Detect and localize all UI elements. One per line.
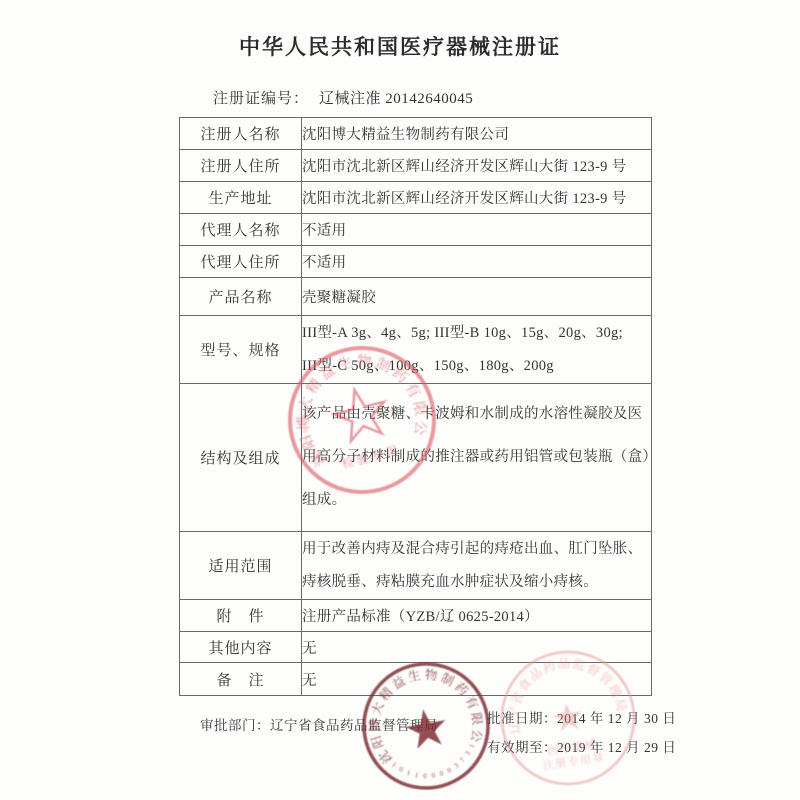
- table-row: 注册人住所沈阳市沈北新区辉山经济开发区辉山大街 123-9 号: [180, 150, 652, 182]
- row-value: 不适用: [302, 246, 652, 278]
- row-value: 注册产品标准（YZB/辽 0625-2014）: [302, 600, 652, 632]
- table-row: 注册人名称沈阳博大精益生物制药有限公司: [180, 118, 652, 150]
- row-value-line: 注册产品标准（YZB/辽 0625-2014）: [302, 605, 651, 626]
- row-label: 注册人名称: [180, 118, 302, 150]
- table-row: 附 件注册产品标准（YZB/辽 0625-2014）: [180, 600, 652, 632]
- row-value-line: III型-A 3g、4g、5g; III型-B 10g、15g、20g、30g;: [302, 317, 651, 350]
- row-value-line: 不适用: [302, 219, 651, 240]
- row-value-line: 不适用: [302, 251, 651, 272]
- row-value: III型-A 3g、4g、5g; III型-B 10g、15g、20g、30g;…: [302, 316, 652, 384]
- row-label: 附 件: [180, 600, 302, 632]
- registration-number-value: 辽械注准 20142640045: [319, 91, 473, 107]
- row-value: 无: [302, 632, 652, 663]
- row-value-line: 无: [302, 669, 651, 690]
- row-value: 沈阳市沈北新区辉山经济开发区辉山大街 123-9 号: [302, 150, 652, 182]
- row-value-line: 壳聚糖凝胶: [302, 286, 651, 307]
- row-label: 代理人名称: [180, 214, 302, 246]
- row-value-line: III型-C 50g、100g、150g、180g、200g: [302, 350, 651, 383]
- row-value-line: 沈阳博大精益生物制药有限公司: [302, 123, 651, 144]
- approve-date-label: 批准日期：: [487, 711, 557, 726]
- approval-department-label: 审批部门：: [200, 718, 270, 733]
- table-row: 代理人名称不适用: [180, 214, 652, 246]
- row-label: 型号、规格: [180, 316, 302, 384]
- row-label: 生产地址: [180, 182, 302, 214]
- certificate-title: 中华人民共和国医疗器械注册证: [0, 31, 800, 61]
- row-value: 沈阳市沈北新区辉山经济开发区辉山大街 123-9 号: [302, 182, 652, 214]
- table-row: 其他内容无: [180, 632, 652, 663]
- row-label: 其他内容: [180, 632, 302, 663]
- registration-number-label: 注册证编号：: [213, 91, 309, 107]
- row-value: 不适用: [302, 214, 652, 246]
- row-value-line: 痔核脱垂、痔粘膜充血水肿症状及缩小痔核。: [302, 566, 651, 599]
- certificate-page: 中华人民共和国医疗器械注册证 注册证编号：辽械注准 20142640045 注册…: [0, 0, 800, 800]
- row-value: 壳聚糖凝胶: [302, 278, 652, 316]
- row-value-line: 用于改善内痔及混合痔引起的痔疮出血、肛门坠胀、: [302, 533, 651, 566]
- row-label: 结构及组成: [180, 384, 302, 532]
- certificate-table: 注册人名称沈阳博大精益生物制药有限公司注册人住所沈阳市沈北新区辉山经济开发区辉山…: [179, 117, 652, 696]
- row-value: 该产品由壳聚糖、卡波姆和水制成的水溶性凝胶及医用高分子材料制成的推注器或药用铝管…: [302, 384, 652, 532]
- row-value-line: 用高分子材料制成的推注器或药用铝管或包装瓶（盒）: [302, 436, 651, 479]
- table-row: 生产地址沈阳市沈北新区辉山经济开发区辉山大街 123-9 号: [180, 182, 652, 214]
- table-row: 备 注无: [180, 663, 652, 696]
- valid-until-value: 2019 年 12 月 29 日: [557, 740, 676, 755]
- table-row: 适用范围用于改善内痔及混合痔引起的痔疮出血、肛门坠胀、痔核脱垂、痔粘膜充血水肿症…: [180, 532, 652, 600]
- row-value-line: 沈阳市沈北新区辉山经济开发区辉山大街 123-9 号: [302, 155, 651, 176]
- row-value-line: 该产品由壳聚糖、卡波姆和水制成的水溶性凝胶及医: [302, 393, 651, 436]
- svg-text:2101100003731: 2101100003731: [383, 740, 481, 788]
- dates-block: 批准日期：2014 年 12 月 30 日 有效期至：2019 年 12 月 2…: [487, 704, 676, 762]
- row-label: 备 注: [180, 663, 302, 696]
- row-value-line: 沈阳市沈北新区辉山经济开发区辉山大街 123-9 号: [302, 187, 651, 208]
- row-label: 代理人住所: [180, 246, 302, 278]
- table-row: 型号、规格III型-A 3g、4g、5g; III型-B 10g、15g、20g…: [180, 316, 652, 384]
- stamp-serial: 2101100003731: [383, 740, 481, 788]
- valid-until-line: 有效期至：2019 年 12 月 29 日: [487, 733, 676, 762]
- row-value: 沈阳博大精益生物制药有限公司: [302, 118, 652, 150]
- row-value-line: 组成。: [302, 479, 651, 522]
- valid-until-label: 有效期至：: [487, 740, 557, 755]
- row-label: 产品名称: [180, 278, 302, 316]
- table-row: 代理人住所不适用: [180, 246, 652, 278]
- registration-number-line: 注册证编号：辽械注准 20142640045: [213, 87, 473, 108]
- row-value: 无: [302, 663, 652, 696]
- table-row: 结构及组成该产品由壳聚糖、卡波姆和水制成的水溶性凝胶及医用高分子材料制成的推注器…: [180, 384, 652, 532]
- approval-department-value: 辽宁省食品药品监督管理局: [270, 718, 438, 733]
- row-label: 适用范围: [180, 532, 302, 600]
- row-value-line: 无: [302, 637, 651, 658]
- approval-department-line: 审批部门：辽宁省食品药品监督管理局: [200, 714, 438, 734]
- row-value: 用于改善内痔及混合痔引起的痔疮出血、肛门坠胀、痔核脱垂、痔粘膜充血水肿症状及缩小…: [302, 532, 652, 600]
- cert-table-body: 注册人名称沈阳博大精益生物制药有限公司注册人住所沈阳市沈北新区辉山经济开发区辉山…: [180, 118, 652, 696]
- approve-date-value: 2014 年 12 月 30 日: [557, 711, 676, 726]
- approve-date-line: 批准日期：2014 年 12 月 30 日: [487, 704, 676, 733]
- row-label: 注册人住所: [180, 150, 302, 182]
- table-row: 产品名称壳聚糖凝胶: [180, 278, 652, 316]
